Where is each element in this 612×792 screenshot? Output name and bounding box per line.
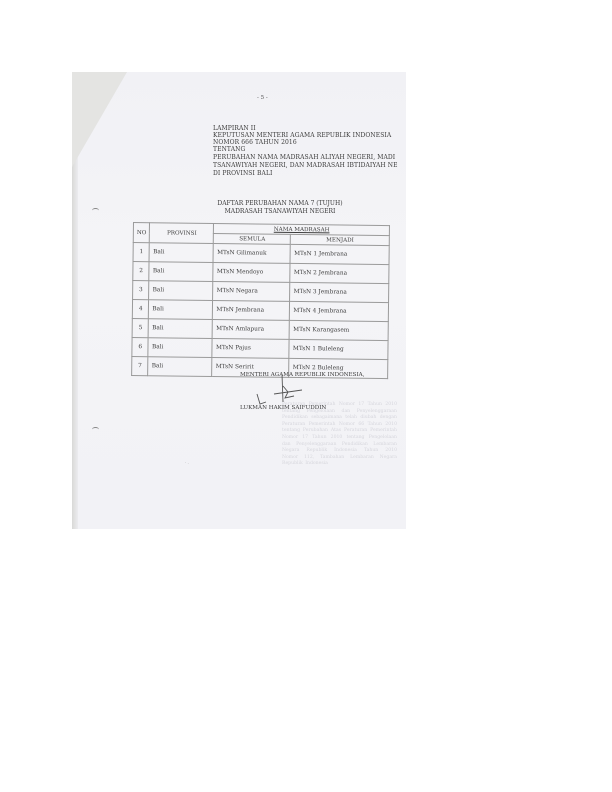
cell-no: 5	[132, 318, 149, 337]
header-line-4: TENTANG	[213, 146, 245, 153]
signatory-name: LUKMAN HAKIM SAIFUDDIN	[240, 405, 326, 411]
cell-no: 4	[132, 300, 149, 319]
header-line-3: NOMOR 666 TAHUN 2016	[213, 139, 297, 146]
cell-semula: MTsN Mendoyo	[213, 262, 290, 282]
punch-hole-mark	[92, 208, 99, 213]
cell-menjadi: MTsN 4 Jembrana	[290, 301, 389, 321]
cell-semula: MTsN Pajus	[212, 338, 289, 358]
cell-semula: MTsN Gilimanuk	[213, 243, 290, 263]
cell-menjadi: MTsN Karangasem	[290, 320, 389, 340]
punch-hole-mark	[92, 427, 99, 432]
cell-no: 2	[133, 262, 150, 281]
cell-no: 1	[133, 243, 150, 262]
header-line-5: PERUBAHAN NAMA MADRASAH ALIYAH NEGERI, M…	[213, 154, 395, 161]
cell-provinsi: Bali	[150, 243, 214, 263]
header-line-1: LAMPIRAN II	[213, 125, 256, 132]
header-line-6: TSANAWIYAH NEGERI, DAN MADRASAH IBTIDAIY…	[213, 162, 398, 169]
cell-semula: MTsN Negara	[213, 281, 290, 301]
cell-provinsi: Bali	[149, 300, 213, 320]
header-line-7: DI PROVINSI BALI	[213, 170, 273, 177]
cell-menjadi: MTsN 2 Jembrana	[290, 263, 389, 283]
cell-provinsi: Bali	[149, 319, 213, 339]
cell-no: 3	[133, 281, 150, 300]
name-change-table: NO PROVINSI NAMA MADRASAH SEMULA MENJADI…	[131, 222, 390, 379]
cell-provinsi: Bali	[149, 281, 213, 301]
header-line-2: KEPUTUSAN MENTERI AGAMA REPUBLIK INDONES…	[213, 132, 391, 139]
header-no: NO	[133, 223, 150, 243]
folded-corner	[72, 72, 127, 167]
cell-menjadi: MTsN 1 Buleleng	[289, 339, 388, 359]
cell-no: 7	[132, 356, 149, 375]
cell-provinsi: Bali	[149, 262, 213, 282]
cell-no: 6	[132, 337, 149, 356]
page-number: - 5 -	[257, 95, 268, 101]
cell-semula: MTsN Jembrana	[213, 300, 290, 320]
cell-menjadi: MTsN 1 Jembrana	[290, 244, 389, 264]
table-title: DAFTAR PERUBAHAN NAMA 7 (TUJUH)	[180, 200, 380, 207]
table-subtitle: MADRASAH TSANAWIYAH NEGERI	[180, 208, 380, 215]
cell-semula: MTsN Amlapura	[213, 319, 290, 339]
scan-speck: · .	[185, 460, 189, 465]
cell-menjadi: MTsN 3 Jembrana	[290, 282, 389, 302]
scanned-page: Peraturan Pemerintah Nomor 17 Tahun 2010…	[72, 72, 406, 529]
cell-provinsi: Bali	[148, 338, 212, 358]
header-provinsi: PROVINSI	[150, 223, 214, 244]
cell-provinsi: Bali	[148, 357, 212, 377]
